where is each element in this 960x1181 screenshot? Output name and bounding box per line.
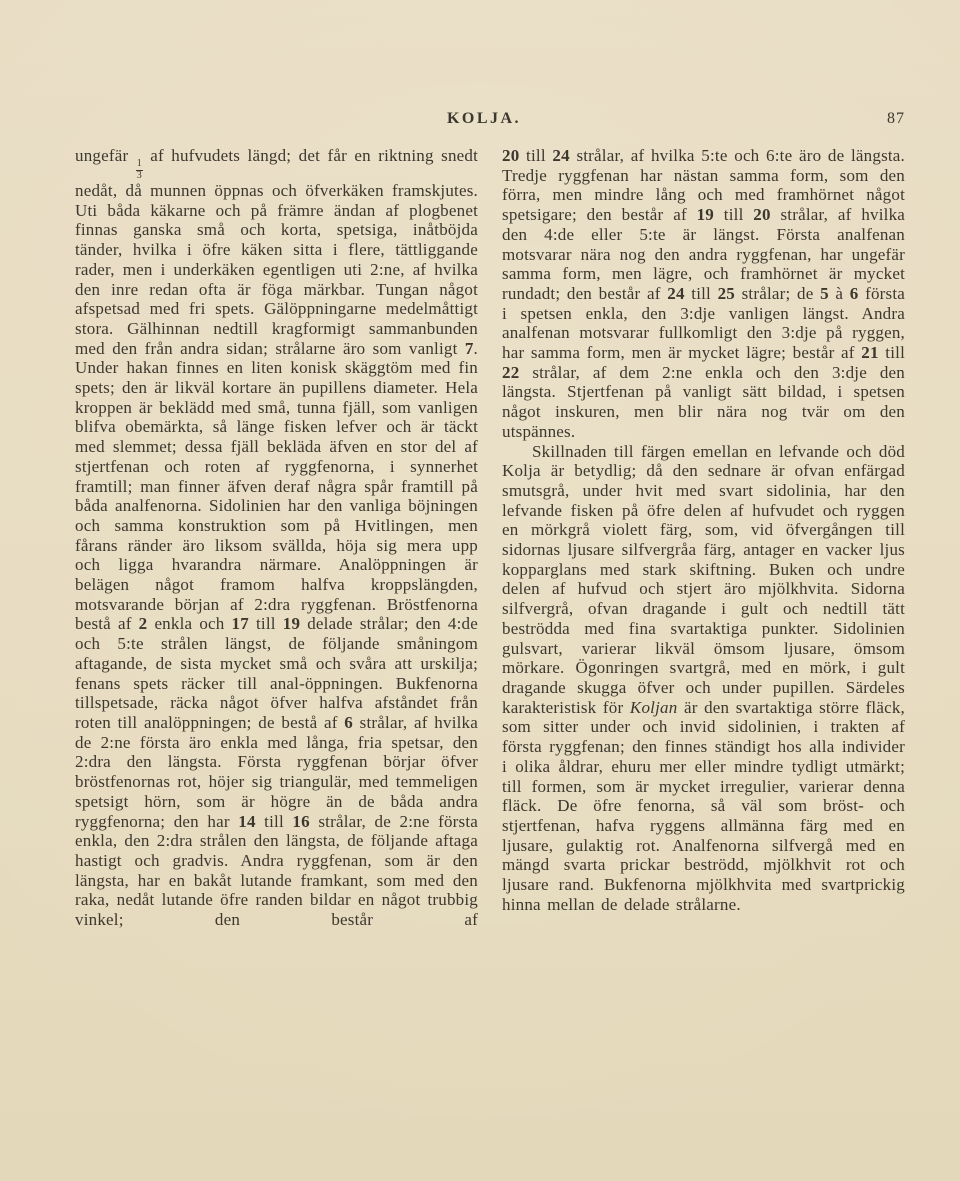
paragraph: ungefär 13 af hufvudets längd; det får e… bbox=[75, 146, 478, 930]
column-right: 20 till 24 strålar, af hvilka 5:te och 6… bbox=[502, 146, 905, 930]
column-left: ungefär 13 af hufvudets längd; det får e… bbox=[75, 146, 478, 930]
page-number: 87 bbox=[887, 110, 905, 128]
running-title: KOLJA. bbox=[447, 110, 521, 128]
paragraph: Skillnaden till färgen emellan en lefvan… bbox=[502, 442, 905, 915]
book-page-scan: KOLJA. 87 ungefär 13 af hufvudets längd;… bbox=[0, 0, 960, 1181]
stacked-fraction: 13 bbox=[136, 159, 143, 181]
page-header: KOLJA. 87 bbox=[75, 110, 905, 128]
paragraph: 20 till 24 strålar, af hvilka 5:te och 6… bbox=[502, 146, 905, 442]
text-block: ungefär 13 af hufvudets längd; det får e… bbox=[75, 146, 905, 930]
